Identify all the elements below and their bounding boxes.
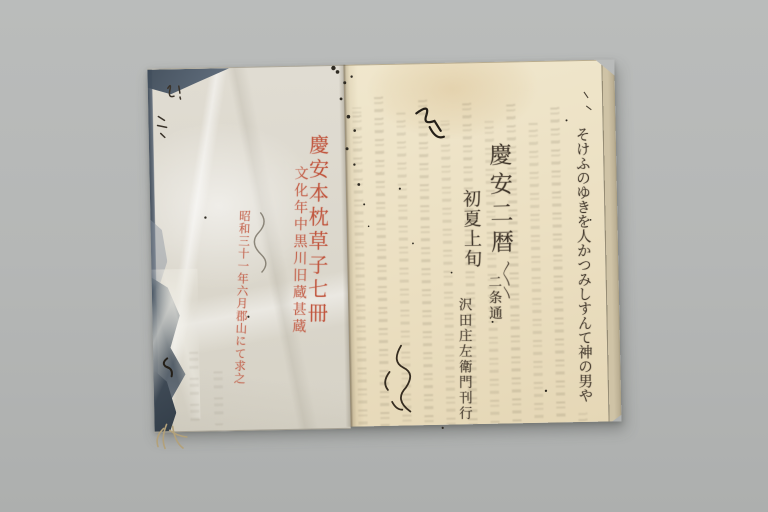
photo-backdrop: 慶安本枕草子七冊 文化年中黒川旧蔵甚蔵 昭和三十一年六月郡山にて求之 そけふのゆ… (0, 0, 768, 512)
right-page: そけふのゆきを人かつみしすんて神の男や 慶安二暦 〱〵 初夏上旬 二条通 沢田庄… (343, 60, 608, 429)
cover-corner-tear (147, 68, 229, 95)
book: 慶安本枕草子七冊 文化年中黒川旧蔵甚蔵 昭和三十一年六月郡山にて求之 そけふのゆ… (147, 59, 621, 430)
title-annotation: 慶安本枕草子七冊 (306, 134, 328, 352)
show-through-column (440, 116, 456, 446)
colophon-season-column: 初夏上旬 (461, 189, 481, 273)
date-annotation: 昭和三十一年六月郡山にて求之 (233, 210, 250, 378)
colophon-publisher-column: 沢田庄左衛門刊行 (456, 297, 470, 413)
show-through-column (418, 98, 434, 448)
colophon-era-column: 慶安二暦 (486, 142, 511, 262)
left-page: 慶安本枕草子七冊 文化年中黒川旧蔵甚蔵 昭和三十一年六月郡山にて求之 (147, 65, 350, 433)
show-through-column (396, 113, 412, 449)
right-page-wrap: そけふのゆきを人かつみしすんて神の男や 慶安二暦 〱〵 初夏上旬 二条通 沢田庄… (343, 59, 621, 426)
closing-line-column: そけふのゆきを人かつみしすんて神の男や (574, 127, 592, 402)
show-through-column (550, 105, 566, 443)
show-through-column (189, 349, 200, 425)
show-through-column (578, 411, 588, 443)
show-through-column (529, 122, 544, 444)
provenance-annotation: 文化年中黒川旧蔵甚蔵 (291, 166, 308, 358)
show-through-column (374, 95, 390, 447)
colophon-address-column: 二条通 (486, 275, 501, 329)
show-through-column (213, 368, 223, 426)
